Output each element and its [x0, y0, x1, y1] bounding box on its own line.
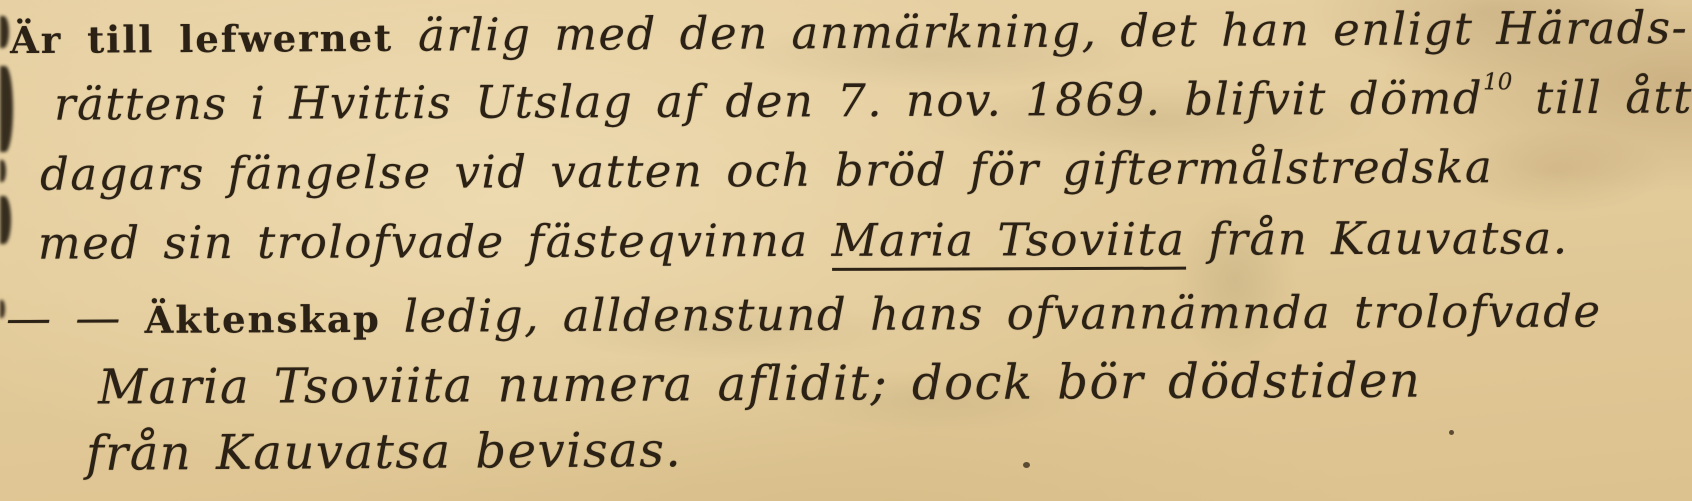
- scan-edge-mark: [0, 160, 6, 182]
- manuscript-line-7: från Kauvatsa bevisas.: [86, 422, 683, 482]
- manuscript-line-3: dagars fängelse vid vatten och bröd för …: [40, 140, 1493, 201]
- manuscript-line-4: med sin trolofvade fästeqvinna Maria Tso…: [38, 211, 1569, 269]
- ink-speck: [1023, 462, 1030, 468]
- handwritten-text: från Kauvatsa bevisas.: [86, 422, 683, 482]
- scan-edge-mark: [0, 16, 9, 48]
- handwritten-dashes: — —: [6, 291, 145, 345]
- manuscript-line-2: rättens i Hvittis Utslag af den 7. nov. …: [54, 70, 1692, 130]
- printed-form-text: Är till lefwernet: [10, 16, 418, 62]
- scan-edge-mark: [0, 196, 11, 244]
- handwritten-text: ärlig med den anmärkning, det han enligt…: [418, 1, 1689, 62]
- superscript-annotation: 10: [1483, 69, 1512, 95]
- printed-form-text: Äktenskap: [145, 297, 381, 342]
- handwritten-text: rättens i Hvittis Utslag af den 7. nov. …: [54, 71, 1483, 130]
- handwritten-text: Maria Tsoviita numera aflidit; dock bör …: [98, 353, 1422, 416]
- manuscript-line-6: Maria Tsoviita numera aflidit; dock bör …: [98, 353, 1422, 416]
- ink-speck: [1449, 430, 1454, 435]
- manuscript-line-1: Är till lefwernet ärlig med den anmärkni…: [10, 1, 1689, 64]
- underlined-name: Maria Tsoviita: [831, 213, 1185, 271]
- manuscript-line-5: — — Äktenskap ledig, alldenstund hans of…: [6, 285, 1602, 345]
- handwritten-text: till åtta: [1512, 70, 1692, 124]
- scan-edge-mark: [0, 300, 5, 318]
- handwritten-text: med sin trolofvade fästeqvinna: [38, 214, 832, 270]
- manuscript-page: Är till lefwernet ärlig med den anmärkni…: [0, 0, 1692, 501]
- handwritten-text: från Kauvatsa.: [1185, 211, 1568, 265]
- handwritten-text: ledig, alldenstund hans ofvannämnda trol…: [381, 285, 1602, 343]
- handwritten-text: dagars fängelse vid vatten och bröd för …: [40, 140, 1493, 201]
- scan-edge-mark: [0, 66, 13, 152]
